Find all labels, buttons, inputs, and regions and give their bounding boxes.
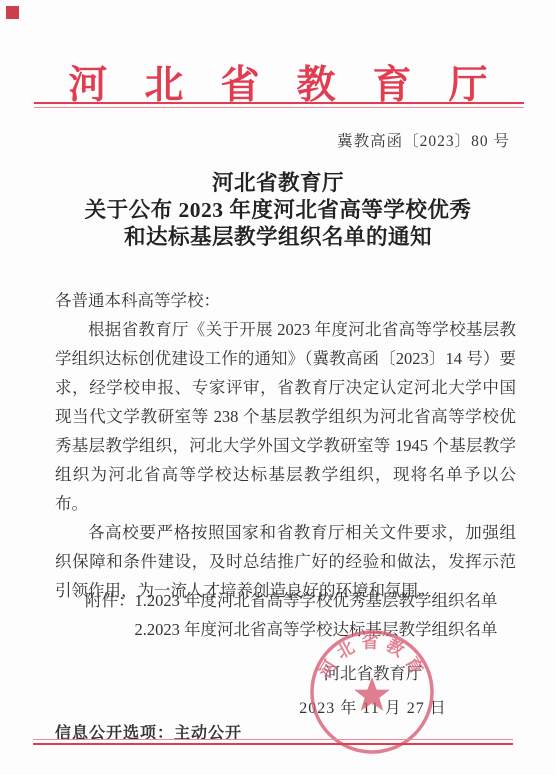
document-title-line-2: 关于公布 2023 年度河北省高等学校优秀 bbox=[30, 197, 526, 224]
scan-red-corner-mark bbox=[6, 6, 19, 19]
document-title-line-1: 河北省教育厅 bbox=[30, 170, 526, 197]
attachment-item-2: 2.2023 年度河北省高等学校达标基层教学组织名单 bbox=[135, 615, 498, 644]
signature-date: 2023 年 11 月 27 日 bbox=[278, 695, 468, 718]
signature-block: 河北省教育厅 2023 年 11 月 27 日 bbox=[278, 664, 468, 718]
footer-divider-line bbox=[33, 739, 513, 745]
document-number: 冀教高函〔2023〕80 号 bbox=[337, 129, 510, 151]
signature-agency-name: 河北省教育厅 bbox=[278, 664, 468, 684]
attachment-item-1: 1.2023 年度河北省高等学校优秀基层教学组织名单 bbox=[135, 586, 498, 615]
attachments-label: 附件： bbox=[85, 586, 135, 615]
official-document-page: 河北省教育厅 冀教高函〔2023〕80 号 河北省教育厅 关于公布 2023 年… bbox=[0, 0, 556, 775]
salutation: 各普通本科高等学校： bbox=[55, 286, 516, 315]
document-title-line-3: 和达标基层教学组织名单的通知 bbox=[30, 224, 526, 251]
document-body: 各普通本科高等学校： 根据省教育厅《关于开展 2023 年度河北省高等学校基层教… bbox=[55, 286, 516, 605]
attachments-block: 附件： 1.2023 年度河北省高等学校优秀基层教学组织名单 附件： 2.202… bbox=[85, 586, 526, 644]
document-title: 河北省教育厅 关于公布 2023 年度河北省高等学校优秀 和达标基层教学组织名单… bbox=[30, 170, 526, 251]
body-paragraph-1: 根据省教育厅《关于开展 2023 年度河北省高等学校基层教学组织达标创优建设工作… bbox=[55, 315, 516, 518]
attachment-row-1: 附件： 1.2023 年度河北省高等学校优秀基层教学组织名单 bbox=[85, 586, 526, 615]
letterhead-divider-line bbox=[34, 102, 524, 108]
attachment-row-2: 附件： 2.2023 年度河北省高等学校达标基层教学组织名单 bbox=[85, 615, 526, 644]
